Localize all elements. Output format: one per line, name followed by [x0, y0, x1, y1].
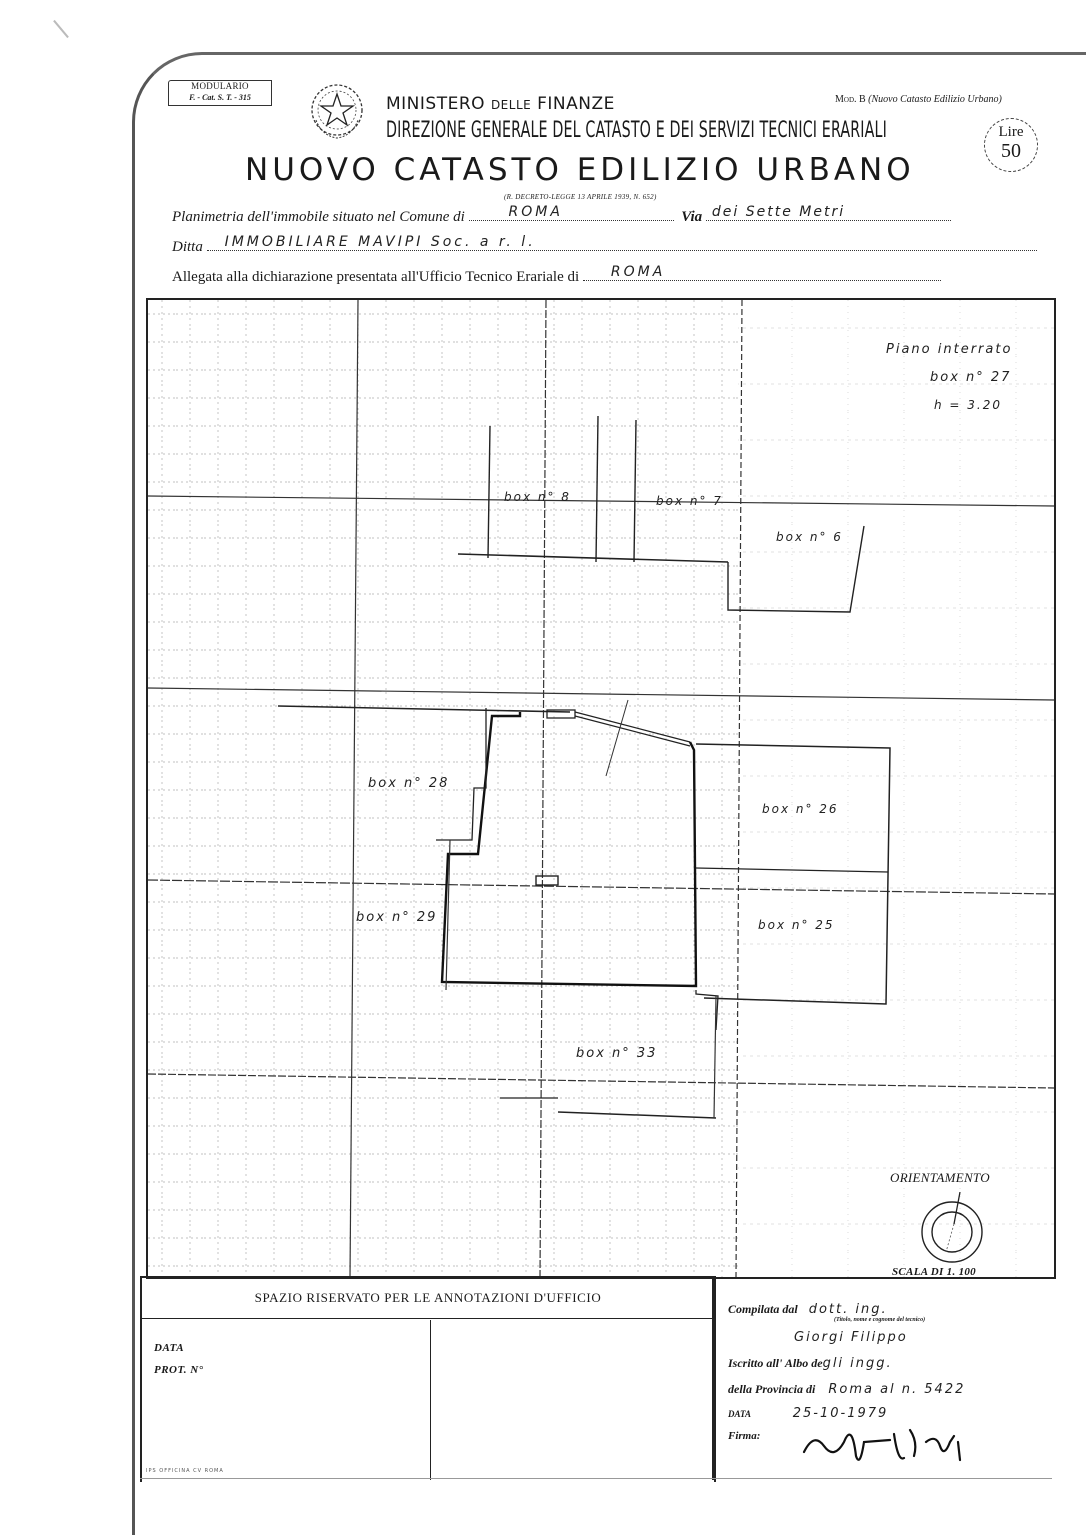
box-label-7: box n° 7: [656, 494, 723, 508]
mod-b-label: Mod. B: [835, 94, 866, 105]
via-field[interactable]: dei Sette Metri: [706, 206, 951, 221]
box-27-note: box n° 27: [930, 370, 1011, 385]
ditta-field[interactable]: IMMOBILIARE MAVIPI Soc. a r. l.: [207, 236, 1037, 251]
comune-value: ROMA: [509, 204, 563, 220]
iscritto-value: gli ingg.: [823, 1356, 893, 1371]
direzione-heading: DIREZIONE GENERALE DEL CATASTO E DEI SER…: [386, 118, 887, 143]
handwritten-signature-icon: [794, 1412, 974, 1476]
floor-plan-drawing: [148, 300, 1054, 1277]
firma-row: Firma:: [728, 1430, 760, 1442]
ufficio-value: ROMA: [611, 264, 665, 280]
ditta-label: Ditta: [172, 239, 203, 255]
via-label: Via: [681, 209, 702, 225]
height-note: h = 3.20: [934, 398, 1002, 412]
planimetria-row: Planimetria dell'immobile situato nel Co…: [172, 206, 951, 226]
ministero-delle: DELLE: [491, 98, 531, 112]
office-annotations-box: SPAZIO RISERVATO PER LE ANNOTAZIONI D'UF…: [140, 1276, 716, 1482]
stamp-value: 50: [985, 140, 1037, 162]
annotations-title: SPAZIO RISERVATO PER LE ANNOTAZIONI D'UF…: [142, 1278, 714, 1319]
box-label-33: box n° 33: [576, 1046, 657, 1061]
allegata-label: Allegata alla dichiarazione presentata a…: [172, 269, 579, 285]
modulario-box: MODULARIO F. - Cat. S. T. - 315: [168, 80, 272, 106]
stamp-label: Lire: [985, 125, 1037, 140]
ministero-finanze: FINANZE: [531, 94, 615, 114]
compilata-hint: (Titolo, nome e cognome del tecnico): [834, 1317, 925, 1323]
via-value: dei Sette Metri: [712, 204, 845, 220]
box-label-6: box n° 6: [776, 530, 843, 544]
ministero-heading: MINISTERO DELLE FINANZE: [386, 94, 615, 114]
iscritto-row: Iscritto all' Albo degli ingg.: [728, 1356, 893, 1371]
compilata-label: Compilata dal: [728, 1302, 798, 1316]
mod-b-note: (Nuovo Catasto Edilizio Urbano): [868, 94, 1002, 105]
provincia-label: della Provincia di: [728, 1382, 815, 1396]
iscritto-label: Iscritto all' Albo de: [728, 1356, 823, 1370]
printer-mark: IPS OFFICINA CV ROMA: [146, 1468, 224, 1474]
planimetria-label: Planimetria dell'immobile situato nel Co…: [172, 209, 465, 225]
sheet-bottom-rule: [140, 1478, 1052, 1479]
annotations-data-label: DATA: [154, 1342, 184, 1354]
modulario-code: F. - Cat. S. T. - 315: [169, 92, 271, 103]
box-label-29: box n° 29: [356, 910, 437, 925]
provincia-value: Roma al n. 5422: [828, 1382, 965, 1397]
comune-field[interactable]: ROMA: [469, 206, 674, 221]
technician-data-label: DATA: [728, 1409, 751, 1419]
ditta-row: Ditta IMMOBILIARE MAVIPI Soc. a r. l.: [172, 236, 1037, 256]
decreto-reference: (R. DECRETO-LEGGE 13 APRILE 1939, N. 652…: [504, 193, 657, 201]
box-label-8: box n° 8: [504, 490, 571, 504]
ministero-text: MINISTERO: [386, 94, 491, 114]
compilata-row: Compilata dal dott. ing.: [728, 1302, 888, 1317]
annotations-left-cell: DATA PROT. N°: [142, 1320, 431, 1480]
piano-interrato-note: Piano interrato: [886, 342, 1012, 357]
technician-name-row: Giorgi Filippo: [794, 1330, 908, 1345]
box-label-25: box n° 25: [758, 918, 835, 932]
compilata-value: dott. ing.: [809, 1302, 888, 1317]
modulario-title: MODULARIO: [169, 81, 271, 92]
ufficio-field[interactable]: ROMA: [583, 266, 941, 281]
stamp-lire-50: Lire 50: [984, 118, 1038, 172]
annotations-prot-label: PROT. N°: [154, 1364, 204, 1376]
box-label-28: box n° 28: [368, 776, 449, 791]
mod-b-reference: Mod. B (Nuovo Catasto Edilizio Urbano): [835, 94, 1002, 105]
technician-name: Giorgi Filippo: [794, 1330, 908, 1345]
provincia-row: della Provincia di Roma al n. 5422: [728, 1382, 965, 1397]
scan-artifact: [53, 20, 69, 38]
orientamento-label: ORIENTAMENTO: [890, 1170, 990, 1186]
floor-plan: Piano interrato box n° 27 h = 3.20 box n…: [146, 298, 1056, 1279]
allegata-row: Allegata alla dichiarazione presentata a…: [172, 266, 941, 286]
technician-block: Compilata dal dott. ing. (Titolo, nome e…: [712, 1276, 1054, 1480]
document-title: NUOVO CATASTO EDILIZIO URBANO: [245, 152, 915, 188]
italian-republic-emblem-icon: [308, 80, 366, 142]
box-label-26: box n° 26: [762, 802, 839, 816]
ditta-value: IMMOBILIARE MAVIPI Soc. a r. l.: [225, 234, 536, 250]
firma-label: Firma:: [728, 1430, 760, 1442]
